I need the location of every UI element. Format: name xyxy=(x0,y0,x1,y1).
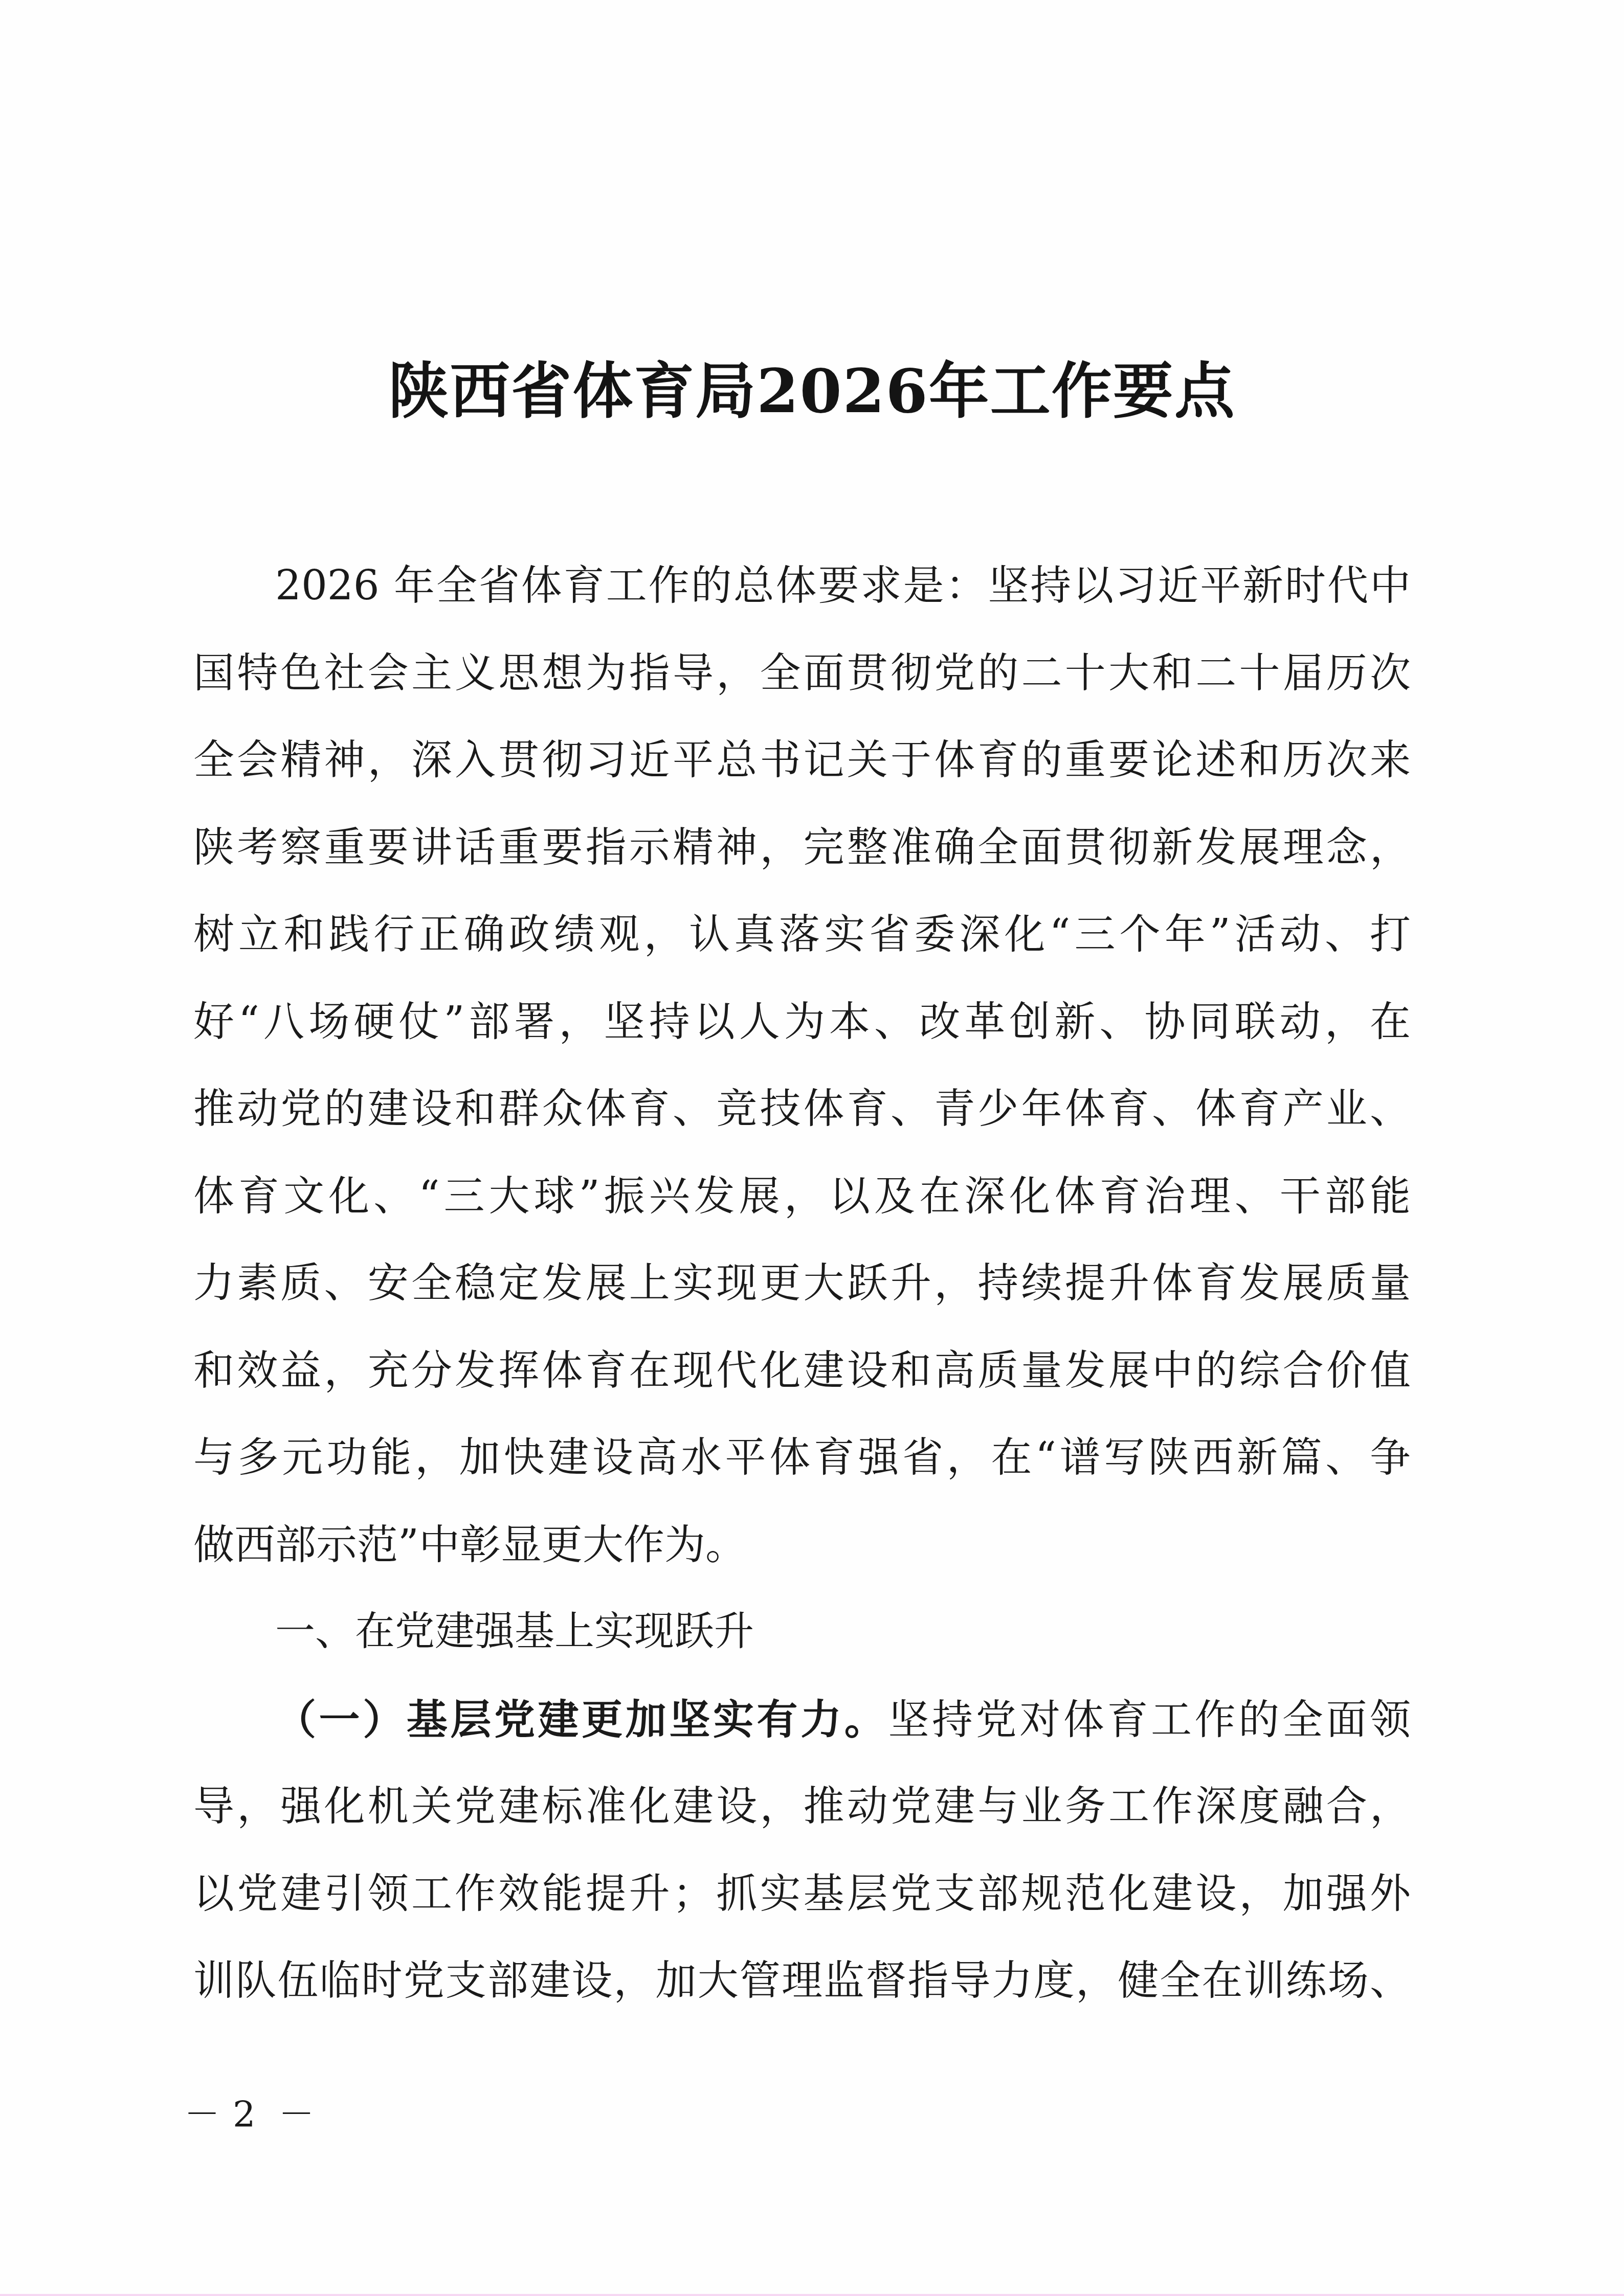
paragraph-line: 全会精神，深入贯彻习近平总书记关于体育的重要论述和历次来 xyxy=(193,716,1411,804)
subsection-heading: （一）基层党建更加坚实有力。 xyxy=(275,1695,888,1743)
document-page: 陕西省体育局2026年工作要点 2026 年全省体育工作的总体要求是：坚持以习近… xyxy=(0,0,1624,2296)
paragraph-line: 力素质、安全稳定发展上实现更大跃升，持续提升体育发展质量 xyxy=(193,1240,1411,1327)
paragraph-line: 2026 年全省体育工作的总体要求是：坚持以习近平新时代中 xyxy=(193,542,1411,629)
paragraph-line: 做西部示范”中彰显更大作为。 xyxy=(193,1501,1411,1589)
paragraph-line: 以党建引领工作效能提升；抓实基层党支部规范化建设，加强外 xyxy=(193,1850,1411,1938)
paragraph-line: 体育文化、“三大球”振兴发展，以及在深化体育治理、干部能 xyxy=(193,1153,1411,1240)
page-number: － 2 － xyxy=(184,2089,304,2140)
paragraph-line: 树立和践行正确政绩观，认真落实省委深化“三个年”活动、打 xyxy=(193,891,1411,978)
document-title: 陕西省体育局2026年工作要点 xyxy=(0,353,1624,430)
paragraph-line: 与多元功能，加快建设高水平体育强省，在“谱写陕西新篇、争 xyxy=(193,1414,1411,1501)
section-heading: 一、在党建强基上实现跃升 xyxy=(193,1588,1411,1676)
subsection-first-line: （一）基层党建更加坚实有力。坚持党对体育工作的全面领 xyxy=(193,1676,1411,1763)
paragraph-line: 陕考察重要讲话重要指示精神，完整准确全面贯彻新发展理念， xyxy=(193,804,1411,891)
paragraph-line: 训队伍临时党支部建设，加大管理监督指导力度，健全在训练场、 xyxy=(193,1937,1411,2024)
paragraph-line: 导，强化机关党建标准化建设，推动党建与业务工作深度融合， xyxy=(193,1763,1411,1850)
scan-edge-line xyxy=(0,2294,1624,2296)
paragraph-line: 国特色社会主义思想为指导，全面贯彻党的二十大和二十届历次 xyxy=(193,629,1411,717)
document-body: 2026 年全省体育工作的总体要求是：坚持以习近平新时代中 国特色社会主义思想为… xyxy=(193,542,1411,2024)
page-number-dash-right: － xyxy=(279,2089,304,2140)
paragraph-line: 推动党的建设和群众体育、竞技体育、青少年体育、体育产业、 xyxy=(193,1065,1411,1153)
paragraph-line: 好“八场硬仗”部署，坚持以人为本、改革创新、协同联动，在 xyxy=(193,978,1411,1066)
page-number-value: 2 xyxy=(221,2089,267,2140)
paragraph-line: 和效益，充分发挥体育在现代化建设和高质量发展中的综合价值 xyxy=(193,1327,1411,1414)
page-number-dash-left: － xyxy=(184,2089,210,2140)
subsection-text: 坚持党对体育工作的全面领 xyxy=(888,1696,1411,1743)
